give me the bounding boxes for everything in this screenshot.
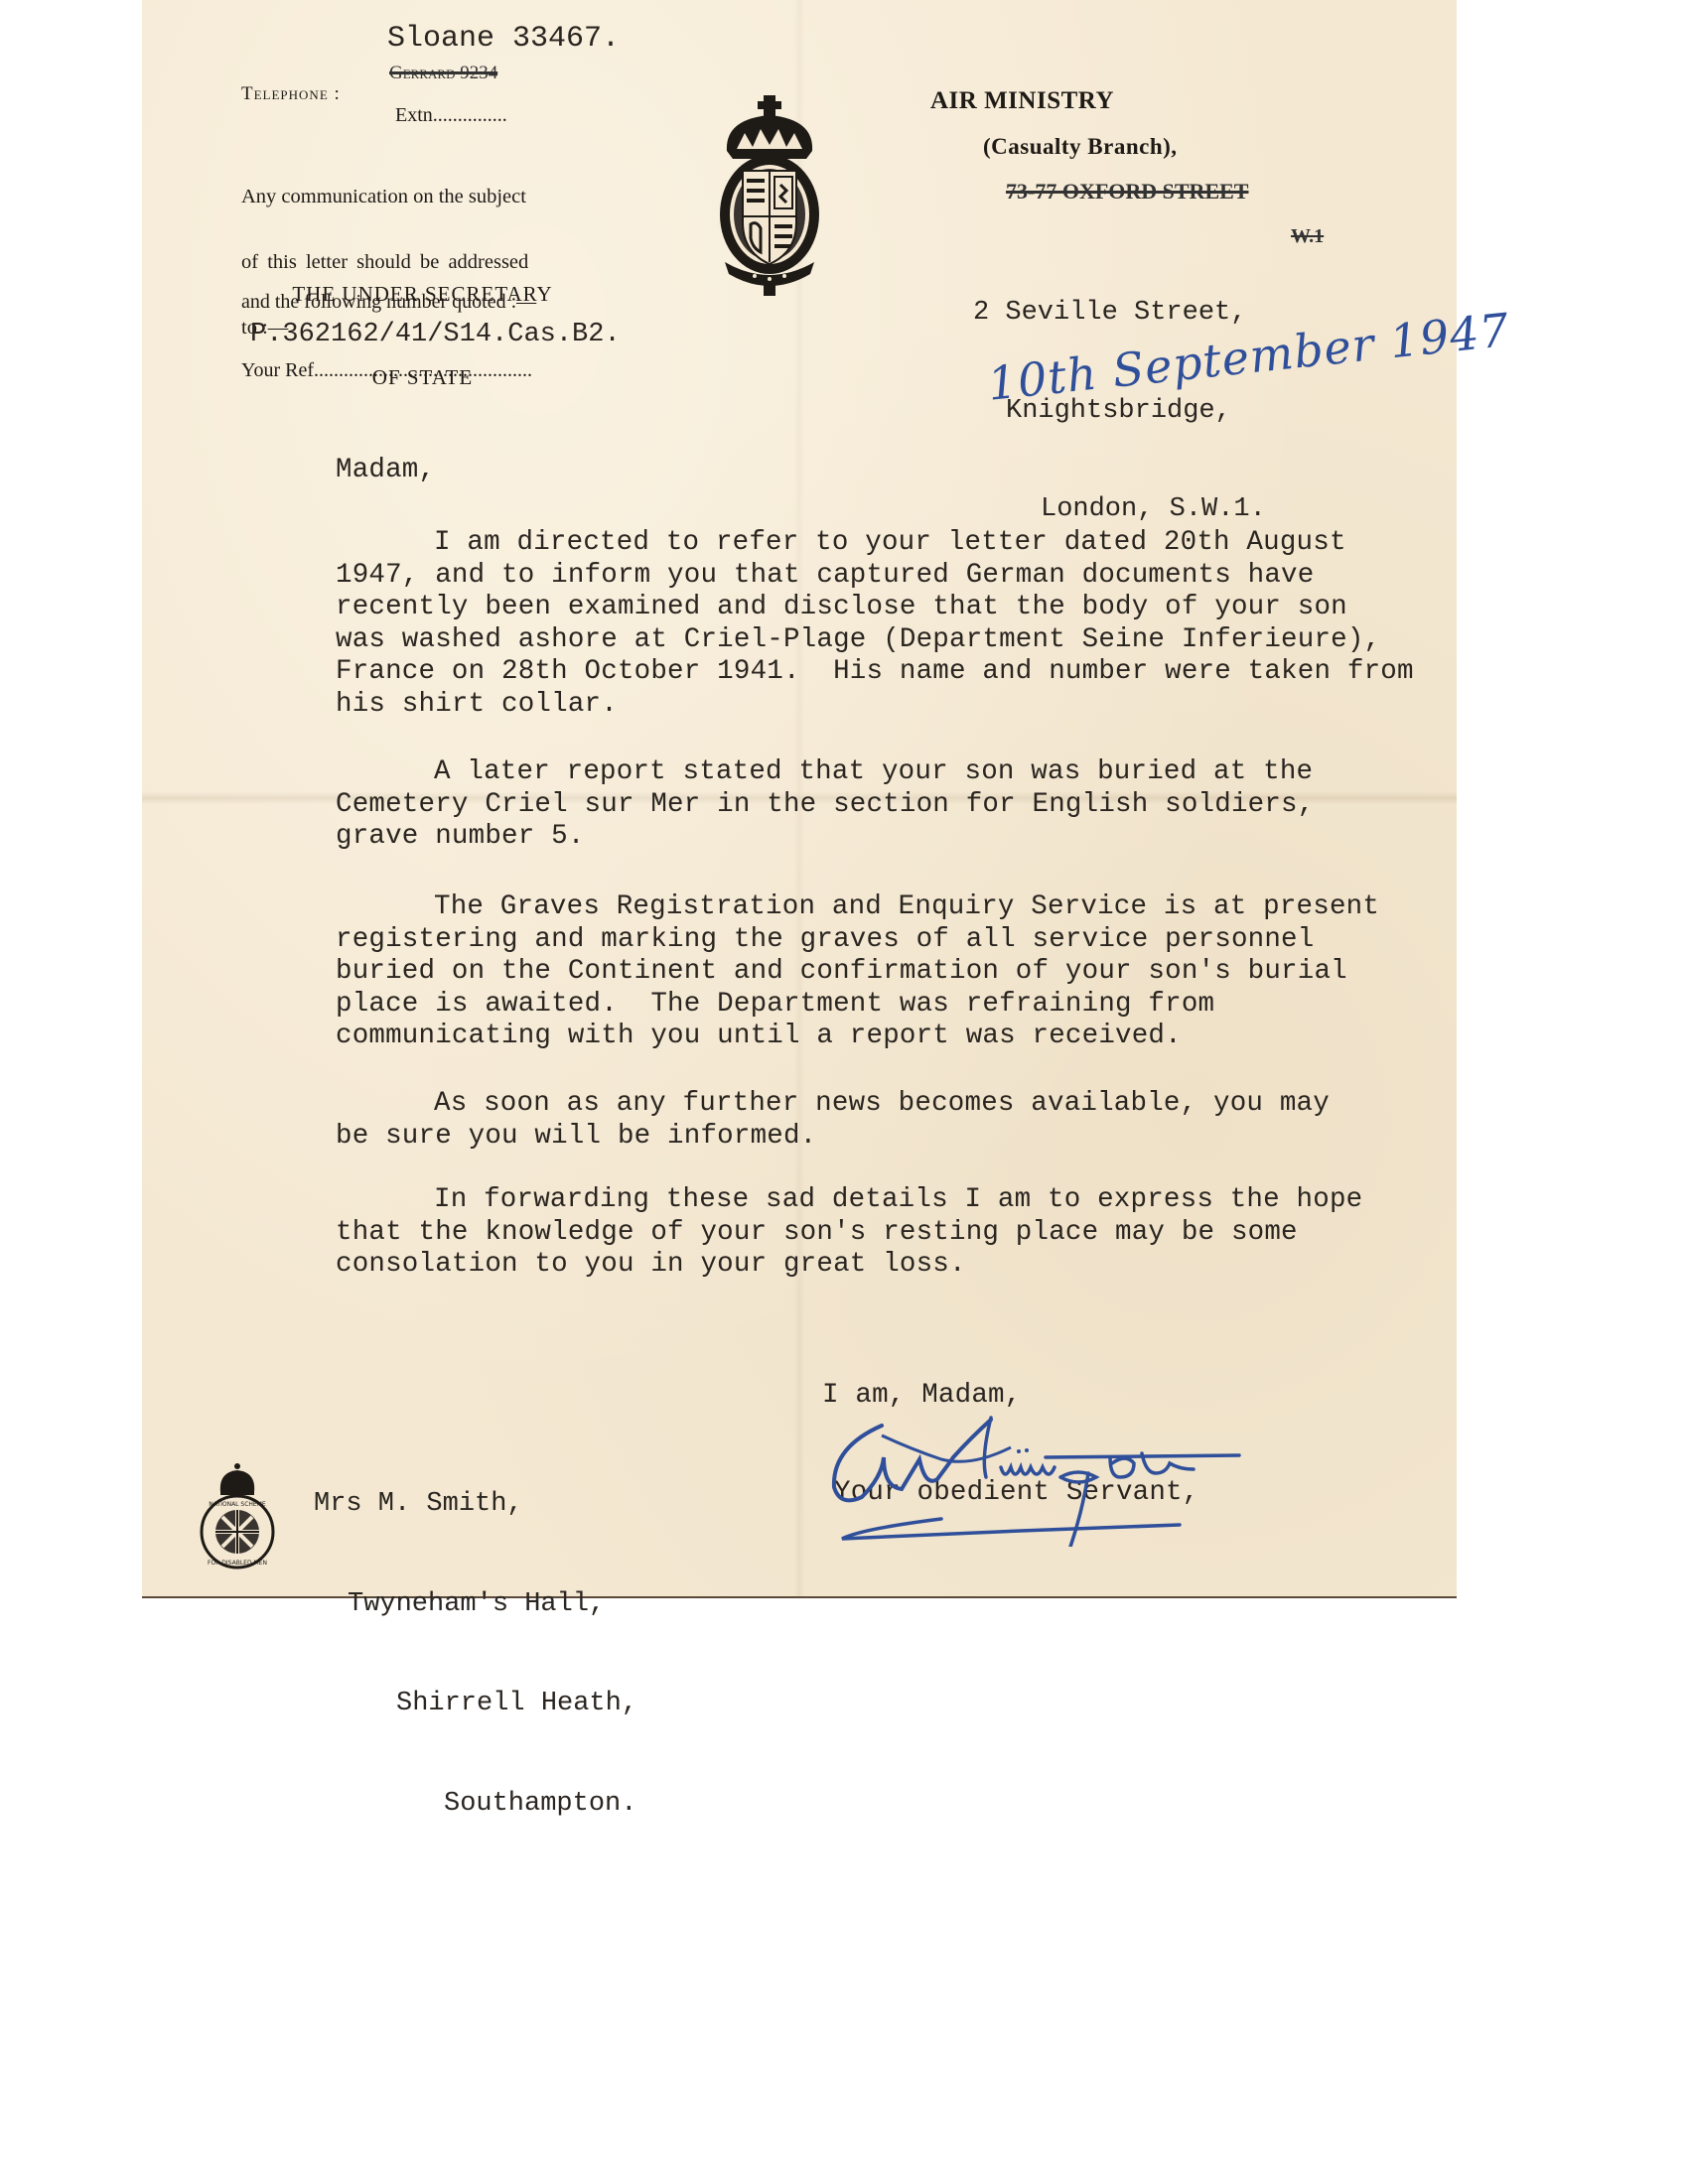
paragraph-line: The Graves Registration and Enquiry Serv… xyxy=(336,891,1477,924)
paragraph-1: I am directed to refer to your letter da… xyxy=(336,527,1477,721)
ministry-name: AIR MINISTRY xyxy=(930,87,1114,115)
paragraph-line: grave number 5. xyxy=(336,821,1477,854)
recipient-line: Shirrell Heath, xyxy=(314,1688,637,1721)
extension-label: Extn............... xyxy=(395,104,507,127)
paragraph-line: 1947, and to inform you that captured Ge… xyxy=(336,560,1477,593)
paragraph-line: was washed ashore at Criel-Plage (Depart… xyxy=(336,624,1477,657)
paragraph-line: that the knowledge of your son's resting… xyxy=(336,1217,1477,1250)
paragraph-4: As soon as any further news becomes avai… xyxy=(336,1088,1477,1153)
royal-crest-icon xyxy=(707,75,816,280)
paragraph-3: The Graves Registration and Enquiry Serv… xyxy=(336,891,1477,1053)
paragraph-line: Cemetery Criel sur Mer in the section fo… xyxy=(336,789,1477,822)
paragraph-5: In forwarding these sad details I am to … xyxy=(336,1184,1477,1282)
paragraph-line: A later report stated that your son was … xyxy=(336,756,1477,789)
paragraph-line: In forwarding these sad details I am to … xyxy=(336,1184,1477,1217)
paragraph-line: registering and marking the graves of al… xyxy=(336,924,1477,957)
paragraph-line: be sure you will be informed. xyxy=(336,1121,1477,1154)
telephone-struck: Gerrard 9234 xyxy=(389,63,497,84)
telephone-label: Telephone : xyxy=(241,83,341,105)
salutation: Madam, xyxy=(336,455,435,487)
old-postcode-struck: W.1 xyxy=(1291,225,1324,248)
svg-text:NATIONAL SCHEME: NATIONAL SCHEME xyxy=(209,1501,266,1508)
old-address-struck: 73-77 OXFORD STREET xyxy=(1006,179,1248,205)
reference-number: P.362162/41/S14.Cas.B2. xyxy=(250,320,621,349)
paragraph-line: place is awaited. The Department was ref… xyxy=(336,989,1477,1022)
number-label: and the following number quoted :— xyxy=(241,291,536,314)
branch-name: (Casualty Branch), xyxy=(983,134,1178,160)
paragraph-line: buried on the Continent and confirmation… xyxy=(336,956,1477,989)
recipient-line: Twyneham's Hall, xyxy=(314,1588,637,1622)
recipient-address: Mrs M. Smith, Twyneham's Hall, Shirrell … xyxy=(314,1422,637,1854)
signature: A W Livingston xyxy=(814,1390,1271,1529)
recipient-line: Mrs M. Smith, xyxy=(314,1488,637,1522)
paragraph-line: I am directed to refer to your letter da… xyxy=(336,527,1477,560)
svg-text:FOR DISABLED MEN: FOR DISABLED MEN xyxy=(208,1560,267,1567)
paragraph-line: recently been examined and disclose that… xyxy=(336,592,1477,624)
paragraph-line: his shirt collar. xyxy=(336,689,1477,722)
address-line: 2 Seville Street, xyxy=(973,297,1266,330)
paragraph-line: As soon as any further news becomes avai… xyxy=(336,1088,1477,1121)
address-line: London, S.W.1. xyxy=(973,493,1266,526)
paragraph-line: consolation to you in your great loss. xyxy=(336,1249,1477,1282)
paragraph-2: A later report stated that your son was … xyxy=(336,756,1477,854)
recipient-line: Southampton. xyxy=(314,1788,637,1822)
paragraph-line: France on 28th October 1941. His name an… xyxy=(336,656,1477,689)
instruction-line: Any communication on the subject xyxy=(241,186,528,207)
your-ref-field: Your Ref................................… xyxy=(241,359,532,382)
telephone-typed: Sloane 33467. xyxy=(387,22,620,56)
paragraph-line: communicating with you until a report wa… xyxy=(336,1021,1477,1053)
disabled-men-seal-icon: NATIONAL SCHEME FOR DISABLED MEN xyxy=(191,1444,268,1554)
